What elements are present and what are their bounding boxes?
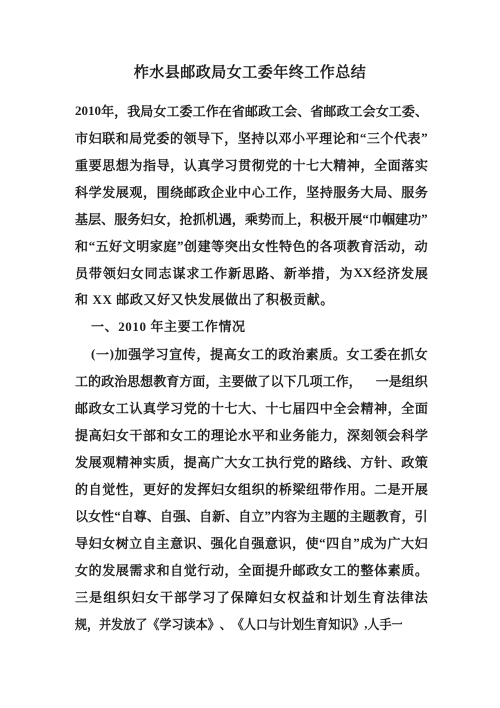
text-line: (一)加强学习宣传，提高女工的政治素质。女工委在抓女 (75, 340, 428, 367)
text-line: 2010年，我局女工委工作在省邮政工会、省邮政工会女工委、 (75, 97, 428, 124)
text-line: 邮政女工认真学习党的十七大、十七届四中全会精神，全面 (75, 394, 428, 421)
section-heading: 一、2010 年主要工作情况 (75, 313, 428, 340)
text-line: 员带领妇女同志谋求工作新思路、新举措，为XX经济发展 (75, 259, 428, 286)
text-line: 三是组织妇女干部学习了保障妇女权益和计划生育法律法 (75, 583, 428, 610)
document-content: 2010年，我局女工委工作在省邮政工会、省邮政工会女工委、市妇联和局党委的领导下… (75, 97, 428, 637)
text-line: 重要思想为指导，认真学习贯彻党的十七大精神，全面落实 (75, 151, 428, 178)
text-line: 以女性“自尊、自强、自新、自立”内容为主题的主题教育，引 (75, 502, 428, 529)
text-line: 和“五好文明家庭”创建等突出女性特色的各项教育活动，动 (75, 232, 428, 259)
text-line: 和 XX 邮政又好又快发展做出了积极贡献。 (75, 286, 428, 313)
text-line: 基层、服务妇女，抢抓机遇，乘势而上，积极开展“巾帼建功” (75, 205, 428, 232)
text-line: 科学发展观，围绕邮政企业中心工作，坚持服务大局、服务 (75, 178, 428, 205)
text-line: 的自觉性，更好的发挥妇女组织的桥梁纽带作用。二是开展 (75, 475, 428, 502)
text-line: 规，并发放了《学习读本》、《人口与计划生育知识》,人手一册， (75, 610, 402, 637)
text-line: 导妇女树立自主意识、强化自强意识，使“四自”成为广大妇 (75, 529, 428, 556)
text-line: 提高妇女干部和女工的理论水平和业务能力，深刻领会科学 (75, 421, 428, 448)
text-line: 市妇联和局党委的领导下，坚持以邓小平理论和“三个代表” (75, 124, 428, 151)
text-line: 发展观精神实质，提高广大女工执行党的路线、方针、政策 (75, 448, 428, 475)
text-line: 工的政治思想教育方面，主要做了以下几项工作，一是组织 (75, 367, 428, 394)
document-title: 柞水县邮政局女工委年终工作总结 (0, 61, 500, 82)
text-line: 女的发展需求和自觉行动，全面提升邮政女工的整体素质。 (75, 556, 428, 583)
document-page: 柞水县邮政局女工委年终工作总结 2010年，我局女工委工作在省邮政工会、省邮政工… (0, 0, 500, 708)
